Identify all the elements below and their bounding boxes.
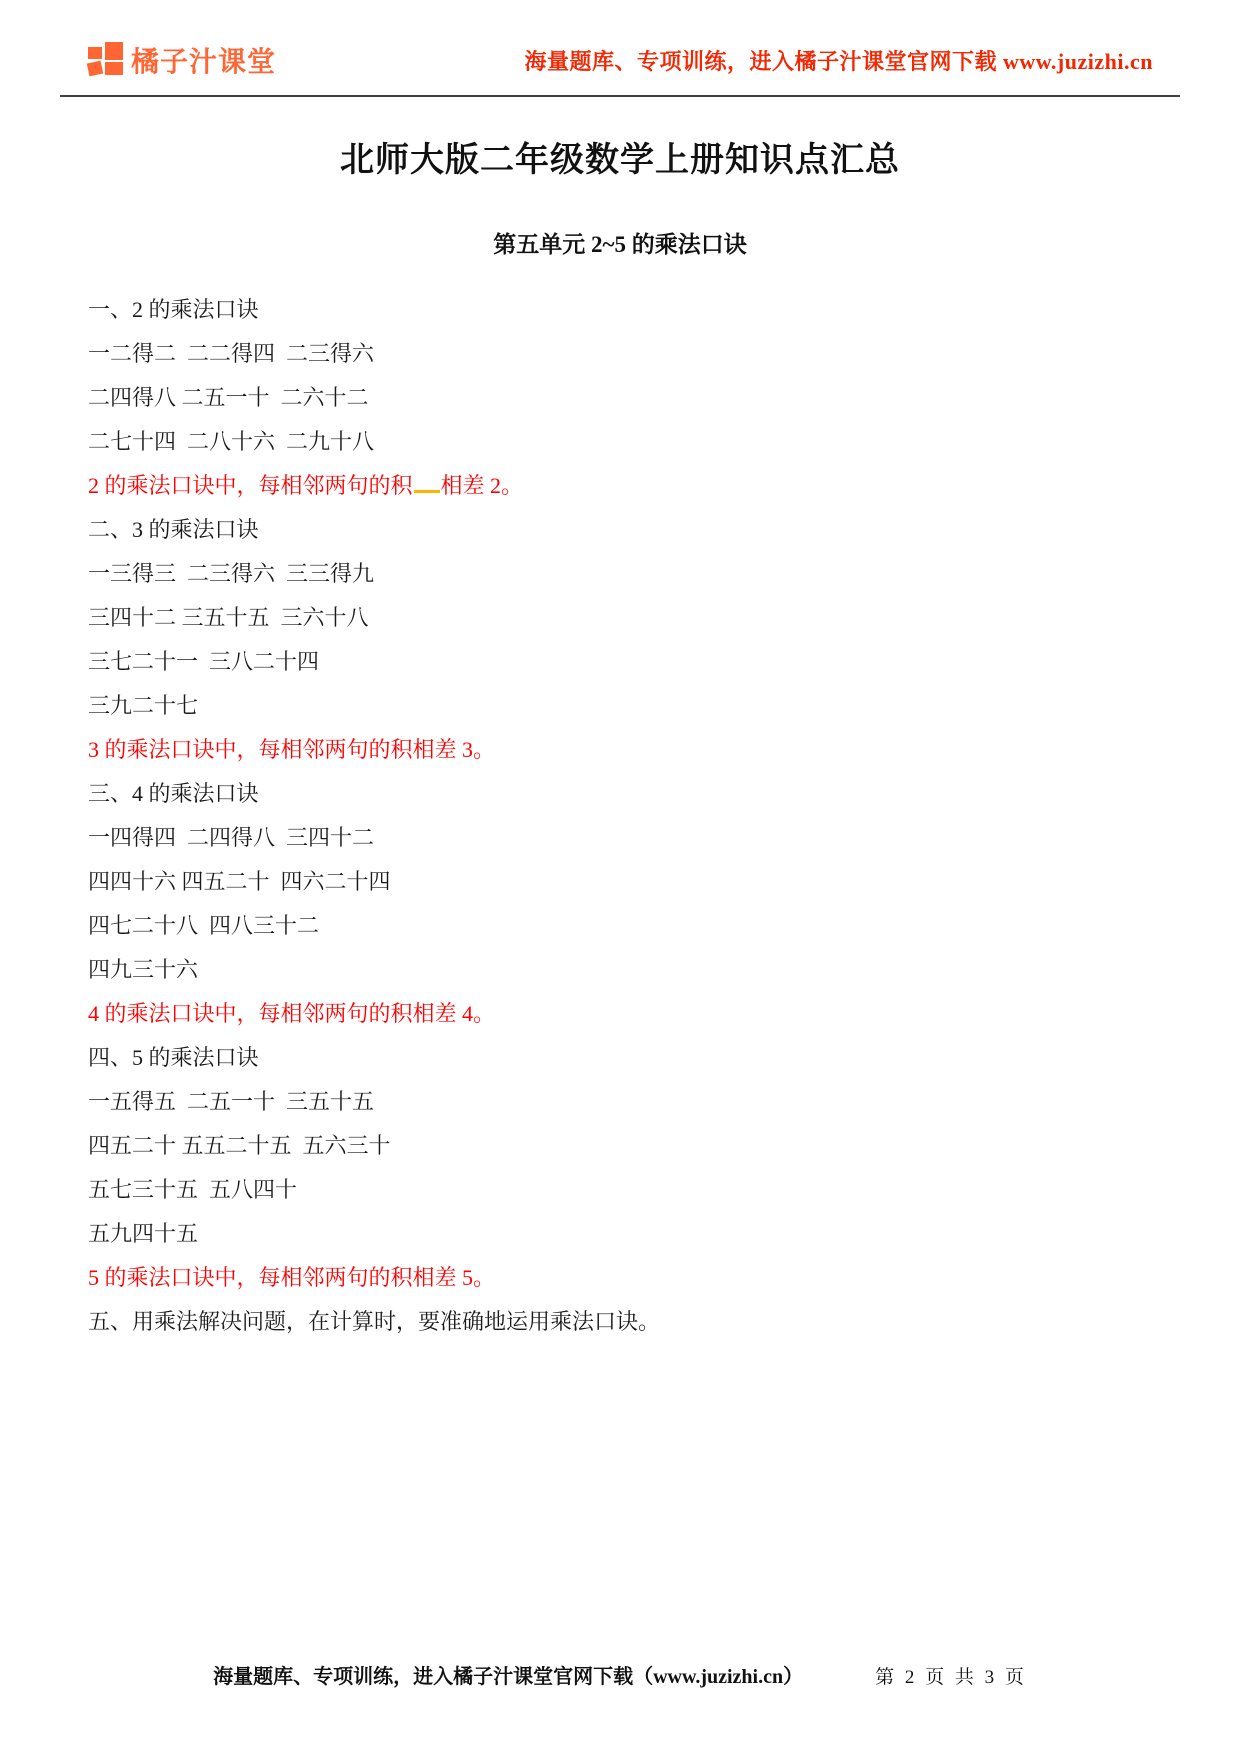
formula-line: 五九四十五 (88, 1212, 1175, 1256)
formula-line: 一三得三 二三得六 三三得九 (88, 552, 1175, 596)
header-divider (60, 95, 1180, 97)
key-point-line: 2 的乘法口诀中，每相邻两句的积相差 2。 (88, 464, 1175, 508)
formula-line: 四九三十六 (88, 948, 1175, 992)
section-heading: 二、3 的乘法口诀 (88, 508, 1175, 552)
document-page: 橘子汁课堂 海量题库、专项训练，进入橘子汁课堂官网下载 www.juzizhi.… (0, 0, 1240, 1754)
key-point-text-pre: 2 的乘法口诀中，每相邻两句的积 (88, 473, 413, 498)
section-heading: 一、2 的乘法口诀 (88, 288, 1175, 332)
formula-line: 一五得五 二五一十 三五十五 (88, 1080, 1175, 1124)
page-footer: 海量题库、专项训练，进入橘子汁课堂官网下载（www.juzizhi.cn） 第 … (60, 1660, 1180, 1689)
formula-line: 四五二十 五五二十五 五六三十 (88, 1124, 1175, 1168)
formula-line: 三四十二 三五十五 三六十八 (88, 596, 1175, 640)
formula-line: 四四十六 四五二十 四六二十四 (88, 860, 1175, 904)
logo-text: 橘子汁课堂 (131, 40, 276, 80)
logo-square-top-right (105, 42, 123, 60)
section-heading: 三、4 的乘法口诀 (88, 772, 1175, 816)
formula-line: 一二得二 二二得四 二三得六 (88, 332, 1175, 376)
juzizhi-logo-icon (88, 41, 124, 79)
key-point-line: 5 的乘法口诀中，每相邻两句的积相差 5。 (88, 1256, 1175, 1300)
page-title: 北师大版二年级数学上册知识点汇总 (0, 132, 1240, 181)
logo-square-top-left (88, 47, 102, 59)
footer-promo-text: 海量题库、专项训练，进入橘子汁课堂官网下载（www.juzizhi.cn） (213, 1660, 803, 1689)
document-body: 一、2 的乘法口诀 一二得二 二二得四 二三得六 二四得八 二五一十 二六十二 … (88, 288, 1175, 1344)
key-point-line: 3 的乘法口诀中，每相邻两句的积相差 3。 (88, 728, 1175, 772)
section-heading: 四、5 的乘法口诀 (88, 1036, 1175, 1080)
key-point-text-post: 相差 2。 (441, 473, 524, 498)
fill-in-blank-underline (414, 481, 440, 493)
formula-line: 二四得八 二五一十 二六十二 (88, 376, 1175, 420)
header-promo-text: 海量题库、专项训练，进入橘子汁课堂官网下载 www.juzizhi.cn (524, 45, 1153, 76)
formula-line: 二七十四 二八十六 二九十八 (88, 420, 1175, 464)
formula-line: 四七二十八 四八三十二 (88, 904, 1175, 948)
logo-square-bottom-left (87, 61, 103, 77)
juzizhi-logo: 橘子汁课堂 (88, 40, 276, 80)
page-header: 橘子汁课堂 海量题库、专项训练，进入橘子汁课堂官网下载 www.juzizhi.… (88, 34, 1153, 86)
unit-subtitle: 第五单元 2~5 的乘法口诀 (0, 226, 1240, 259)
formula-line: 一四得四 二四得八 三四十二 (88, 816, 1175, 860)
page-number-indicator: 第 2 页 共 3 页 (875, 1662, 1027, 1689)
formula-line: 三九二十七 (88, 684, 1175, 728)
logo-square-bottom-right (105, 62, 123, 75)
formula-line: 五七三十五 五八四十 (88, 1168, 1175, 1212)
formula-line: 三七二十一 三八二十四 (88, 640, 1175, 684)
section-heading: 五、用乘法解决问题，在计算时，要准确地运用乘法口诀。 (88, 1300, 1175, 1344)
key-point-line: 4 的乘法口诀中，每相邻两句的积相差 4。 (88, 992, 1175, 1036)
